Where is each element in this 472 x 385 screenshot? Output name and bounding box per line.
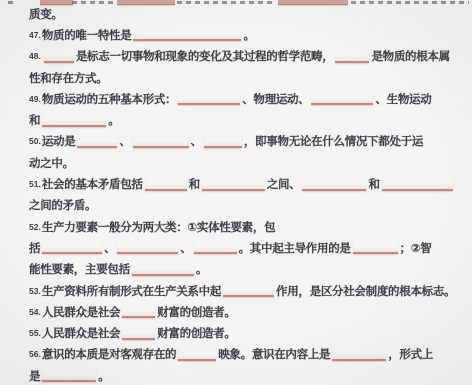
blank-underline	[122, 327, 155, 340]
question-number: 49.	[29, 94, 42, 104]
question-text: 意识的本质是对客观存在的	[42, 346, 176, 362]
blank-underline	[145, 178, 187, 191]
question-text: 人民群众是社会	[42, 304, 120, 320]
blank-underline	[302, 178, 366, 191]
question-text: ；②智	[400, 240, 432, 256]
question-line: 55.人民群众是社会财富的创造者。	[29, 322, 472, 343]
question-text: 物质的唯一特性是	[42, 27, 132, 43]
question-line: 动之中。	[29, 152, 472, 173]
question-line: 53.生产资料所有制形式在生产关系中起作用，是区分社会制度的根本标志。	[29, 280, 472, 301]
question-number: 47.	[29, 30, 42, 40]
question-number: 52.	[29, 222, 42, 232]
blank-underline	[42, 114, 106, 127]
question-text: 和	[189, 176, 200, 192]
question-text: 是物质的根本属	[371, 48, 449, 64]
question-text: 物质运动的五种基本形式：	[42, 91, 176, 107]
blank-underline	[204, 135, 242, 148]
question-text: 能性要素，主要包括	[29, 261, 130, 277]
blank-underline	[382, 178, 453, 191]
question-number: 56.	[29, 349, 42, 359]
question-number: 48.	[29, 51, 42, 61]
question-text: 、	[104, 240, 115, 256]
question-number: 55.	[29, 328, 42, 338]
blank-underline	[332, 348, 386, 361]
document-page: 质变。47.物质的唯一特性是。48.是标志一切事物和现象的变化及其过程的哲学范畴…	[0, 0, 472, 385]
blank-underline	[311, 92, 373, 105]
question-line: 50.运动是、、，即事物无论在什么情况下都处于运	[29, 131, 472, 152]
question-line: 性和存在方式。	[29, 67, 472, 88]
question-text: 作用，是区分社会制度的根本标志。	[276, 283, 455, 299]
question-text: 。	[196, 261, 207, 277]
question-text: 财富的创造者。	[157, 304, 235, 320]
blank-underline	[194, 241, 237, 254]
question-line: 是。	[29, 365, 472, 385]
question-number: 53.	[29, 286, 42, 296]
question-text: 。	[108, 112, 119, 128]
question-text: 、	[191, 133, 202, 149]
question-text: 括	[29, 240, 40, 256]
question-line: 和。	[29, 109, 472, 130]
question-line: 质变。	[29, 3, 472, 24]
blank-underline	[223, 284, 274, 297]
question-text: 社会的基本矛盾包括	[42, 176, 143, 192]
question-line: 之间的矛盾。	[29, 195, 472, 216]
question-line: 56.意识的本质是对客观存在的映象。意识在内容上是，形式上	[29, 344, 472, 365]
question-text: 、物理运动、	[242, 91, 309, 107]
question-text: 、生物运动	[375, 91, 431, 107]
question-text: 和	[29, 112, 40, 128]
question-text: 运动是	[42, 133, 76, 149]
question-number: 50.	[29, 136, 42, 146]
question-text: 和	[368, 176, 379, 192]
question-text: 。	[98, 368, 109, 384]
question-text: 动之中。	[29, 155, 74, 171]
question-text: 生产力要素一般分为两大类：①实体性要素，包	[42, 219, 275, 235]
question-line: 能性要素，主要包括。	[29, 259, 472, 280]
question-list: 质变。47.物质的唯一特性是。48.是标志一切事物和现象的变化及其过程的哲学范畴…	[0, 3, 472, 385]
question-text: 是	[29, 368, 40, 384]
blank-underline	[353, 241, 398, 254]
blank-underline	[178, 348, 216, 361]
question-line: 48.是标志一切事物和现象的变化及其过程的哲学范畴，是物质的根本属	[29, 46, 472, 67]
blank-underline	[335, 50, 369, 63]
blank-underline	[42, 369, 96, 382]
question-line: 47.物质的唯一特性是。	[29, 24, 472, 45]
blank-underline	[178, 92, 240, 105]
question-line: 49.物质运动的五种基本形式：、物理运动、、生物运动	[29, 88, 472, 109]
question-text: 之间的矛盾。	[29, 197, 96, 213]
question-text: 质变。	[29, 6, 63, 22]
question-text: 映象。意识在内容上是	[218, 346, 330, 362]
blank-underline	[132, 263, 194, 276]
question-text: ，即事物无论在什么情况下都处于运	[244, 133, 423, 149]
question-number: 54.	[29, 307, 42, 317]
blank-underline	[42, 241, 102, 254]
blank-underline	[117, 241, 178, 254]
question-text: 财富的创造者。	[157, 325, 235, 341]
question-text: 是标志一切事物和现象的变化及其过程的哲学范畴，	[76, 48, 334, 64]
question-line: 54.人民群众是社会财富的创造者。	[29, 301, 472, 322]
question-text: 、	[180, 240, 191, 256]
question-text: 性和存在方式。	[29, 70, 107, 86]
question-text: 之间、	[267, 176, 301, 192]
question-text: ，形式上	[388, 346, 433, 362]
blank-underline	[133, 135, 189, 148]
question-line: 52.生产力要素一般分为两大类：①实体性要素，包	[29, 216, 472, 237]
blank-underline	[202, 178, 265, 191]
blank-underline	[44, 50, 74, 63]
question-text: 、	[119, 133, 130, 149]
question-text: 生产资料所有制形式在生产关系中起	[42, 283, 221, 299]
question-text: 。	[243, 27, 254, 43]
blank-underline	[122, 305, 155, 318]
blank-underline	[77, 135, 117, 148]
blank-underline	[133, 28, 241, 41]
question-line: 括、、。其中起主导作用的是；②智	[29, 237, 472, 258]
question-text: 人民群众是社会	[42, 325, 120, 341]
question-line: 51.社会的基本矛盾包括和之间、和	[29, 173, 472, 194]
question-text: 。其中起主导作用的是	[239, 240, 351, 256]
question-number: 51.	[29, 179, 42, 189]
